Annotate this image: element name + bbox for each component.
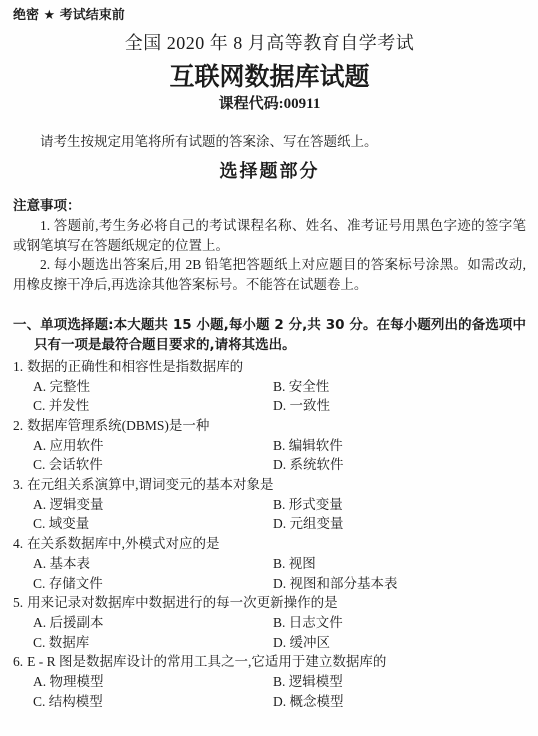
option-d: D. 一致性 [273,396,526,416]
option-b: B. 视图 [273,554,526,574]
exam-paper-page: 绝密 ★ 考试结束前 全国 2020 年 8 月高等教育自学考试 互联网数据库试… [0,0,538,736]
option-d: D. 概念模型 [273,692,526,712]
question-1: 1.数据的正确性和相容性是指数据库的 A. 完整性 B. 安全性 C. 并发性 … [13,357,526,416]
question-stem: 5.用来记录对数据库中数据进行的每一次更新操作的是 [13,593,526,613]
question-options: A. 应用软件 B. 编辑软件 C. 会话软件 D. 系统软件 [33,436,526,475]
option-a: A. 基本表 [33,554,273,574]
question-text: 数据库管理系统(DBMS)是一种 [27,418,209,433]
exam-session-title: 全国 2020 年 8 月高等教育自学考试 [13,30,526,56]
option-a: A. 物理模型 [33,672,273,692]
option-c: C. 存储文件 [33,574,273,594]
question-stem: 2.数据库管理系统(DBMS)是一种 [13,416,526,436]
question-4: 4.在关系数据库中,外模式对应的是 A. 基本表 B. 视图 C. 存储文件 D… [13,534,526,593]
option-c: C. 并发性 [33,396,273,416]
question-text: 数据的正确性和相容性是指数据库的 [27,359,243,374]
question-number: 6. [13,654,23,669]
question-stem: 4.在关系数据库中,外模式对应的是 [13,534,526,554]
option-d: D. 系统软件 [273,455,526,475]
question-6: 6.E - R 图是数据库设计的常用工具之一,它适用于建立数据库的 A. 物理模… [13,652,526,711]
option-a: A. 完整性 [33,377,273,397]
option-b: B. 日志文件 [273,613,526,633]
answer-sheet-notice: 请考生按规定用笔将所有试题的答案涂、写在答题纸上。 [13,132,526,152]
question-options: A. 后援副本 B. 日志文件 C. 数据库 D. 缓冲区 [33,613,526,652]
option-c: C. 结构模型 [33,692,273,712]
question-stem: 1.数据的正确性和相容性是指数据库的 [13,357,526,377]
option-b: B. 形式变量 [273,495,526,515]
question-text: 用来记录对数据库中数据进行的每一次更新操作的是 [27,595,338,610]
question-list: 1.数据的正确性和相容性是指数据库的 A. 完整性 B. 安全性 C. 并发性 … [13,357,526,712]
option-d: D. 元组变量 [273,514,526,534]
question-text: 在元组关系演算中,谓词变元的基本对象是 [27,477,273,492]
classification-banner: 绝密 ★ 考试结束前 [13,8,526,24]
notes-title: 注意事项： [13,196,526,216]
paper-title: 互联网数据库试题 [13,60,526,94]
question-text: 在关系数据库中,外模式对应的是 [27,536,219,551]
question-options: A. 基本表 B. 视图 C. 存储文件 D. 视图和部分基本表 [33,554,526,593]
option-b: B. 安全性 [273,377,526,397]
option-b: B. 编辑软件 [273,436,526,456]
question-section-heading: 一、单项选择题:本大题共 15 小题,每小题 2 分,共 30 分。在每小题列出… [13,315,526,356]
option-d: D. 视图和部分基本表 [273,574,526,594]
option-c: C. 域变量 [33,514,273,534]
option-b: B. 逻辑模型 [273,672,526,692]
part-title: 选择题部分 [13,160,526,184]
note-item-2: 2. 每小题选出答案后,用 2B 铅笔把答题纸上对应题目的答案标号涂黑。如需改动… [13,255,526,294]
option-a: A. 应用软件 [33,436,273,456]
question-options: A. 物理模型 B. 逻辑模型 C. 结构模型 D. 概念模型 [33,672,526,711]
question-stem: 6.E - R 图是数据库设计的常用工具之一,它适用于建立数据库的 [13,652,526,672]
question-number: 1. [13,359,23,374]
course-code: 课程代码:00911 [13,94,526,114]
note-item-1: 1. 答题前,考生务必将自己的考试课程名称、姓名、准考证号用黑色字迹的签字笔或钢… [13,216,526,255]
option-c: C. 会话软件 [33,455,273,475]
option-a: A. 后援副本 [33,613,273,633]
question-text: E - R 图是数据库设计的常用工具之一,它适用于建立数据库的 [27,654,386,669]
option-d: D. 缓冲区 [273,633,526,653]
question-5: 5.用来记录对数据库中数据进行的每一次更新操作的是 A. 后援副本 B. 日志文… [13,593,526,652]
option-a: A. 逻辑变量 [33,495,273,515]
question-number: 5. [13,595,23,610]
question-options: A. 完整性 B. 安全性 C. 并发性 D. 一致性 [33,377,526,416]
question-number: 4. [13,536,23,551]
question-options: A. 逻辑变量 B. 形式变量 C. 域变量 D. 元组变量 [33,495,526,534]
option-c: C. 数据库 [33,633,273,653]
question-2: 2.数据库管理系统(DBMS)是一种 A. 应用软件 B. 编辑软件 C. 会话… [13,416,526,475]
question-number: 2. [13,418,23,433]
question-stem: 3.在元组关系演算中,谓词变元的基本对象是 [13,475,526,495]
question-3: 3.在元组关系演算中,谓词变元的基本对象是 A. 逻辑变量 B. 形式变量 C.… [13,475,526,534]
question-number: 3. [13,477,23,492]
